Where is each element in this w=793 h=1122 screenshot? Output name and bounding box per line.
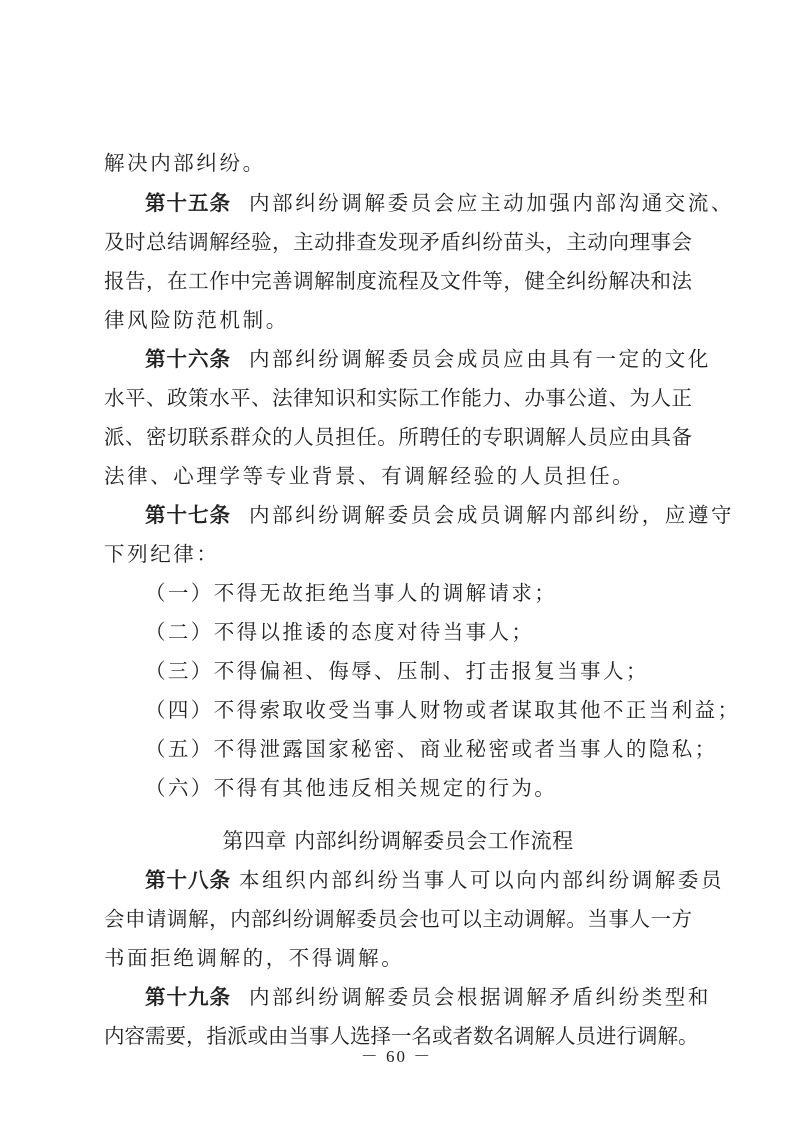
page-number: － 60 － (0, 1042, 793, 1067)
paragraph-line: 法律、心理学等专业背景、有调解经验的人员担任。 (104, 459, 692, 493)
article-heading: 第十五条 (145, 191, 231, 215)
paragraph-line: 解决内部纠纷。 (104, 146, 692, 180)
paragraph-line: 水平、政策水平、法律知识和实际工作能力、办事公道、为人正 (104, 381, 692, 415)
paragraph-line: 下列纪律： (104, 537, 692, 571)
article-19-first-line: 第十九条内部纠纷调解委员会根据调解矛盾纠纷类型和 (104, 980, 692, 1014)
article-15-first-line: 第十五条内部纠纷调解委员会应主动加强内部沟通交流、 (104, 186, 692, 220)
list-item: （四）不得索取收受当事人财物或者谋取其他不正当利益； (104, 693, 692, 727)
article-heading: 第十九条 (145, 985, 231, 1009)
paragraph-line: 会申请调解，内部纠纷调解委员会也可以主动调解。当事人一方 (104, 902, 692, 936)
list-item: （六）不得有其他违反相关规定的行为。 (104, 771, 692, 805)
paragraph-line: 律风险防范机制。 (104, 303, 692, 337)
article-heading: 第十六条 (145, 347, 231, 371)
paragraph-line: 及时总结调解经验，主动排查发现矛盾纠纷苗头，主动向理事会 (104, 225, 692, 259)
article-text: 内部纠纷调解委员会根据调解矛盾纠纷类型和 (249, 985, 711, 1009)
article-16-first-line: 第十六条内部纠纷调解委员会成员应由具有一定的文化 (104, 342, 692, 376)
chapter-heading: 第四章 内部纠纷调解委员会工作流程 (104, 824, 692, 858)
list-item: （五）不得泄露国家秘密、商业秘密或者当事人的隐私； (104, 732, 692, 766)
list-item: （三）不得偏袒、侮辱、压制、打击报复当事人； (104, 654, 692, 688)
article-text: 内部纠纷调解委员会应主动加强内部沟通交流、 (249, 191, 734, 215)
list-item: （一）不得无故拒绝当事人的调解请求； (104, 576, 692, 610)
article-heading: 第十八条 (145, 868, 231, 892)
article-18-first-line: 第十八条本组织内部纠纷当事人可以向内部纠纷调解委员 (104, 863, 692, 897)
article-text: 内部纠纷调解委员会成员调解内部纠纷，应遵守 (249, 503, 734, 527)
article-17-first-line: 第十七条内部纠纷调解委员会成员调解内部纠纷，应遵守 (104, 498, 692, 532)
paragraph-line: 派、密切联系群众的人员担任。所聘任的专职调解人员应由具备 (104, 420, 692, 454)
article-text: 内部纠纷调解委员会成员应由具有一定的文化 (249, 347, 711, 371)
article-heading: 第十七条 (145, 503, 231, 527)
article-text: 本组织内部纠纷当事人可以向内部纠纷调解委员 (239, 868, 724, 892)
paragraph-line: 书面拒绝调解的，不得调解。 (104, 941, 692, 975)
list-item: （二）不得以推诿的态度对待当事人； (104, 615, 692, 649)
paragraph-line: 报告，在工作中完善调解制度流程及文件等，健全纠纷解决和法 (104, 264, 692, 298)
